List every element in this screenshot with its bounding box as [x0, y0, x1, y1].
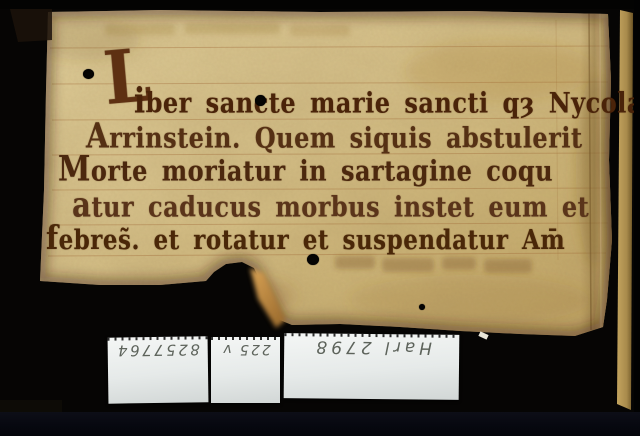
mount-strip-bottom	[0, 412, 640, 436]
worm-hole	[83, 69, 94, 79]
pencil-number: 8257764	[115, 340, 200, 359]
perforated-edge	[211, 337, 280, 340]
parchment-sliver	[617, 10, 633, 410]
slide-photo: L iber sancte marie sancti qȝ Nycolai in…	[0, 0, 640, 436]
mount-strip-top	[0, 0, 640, 9]
shelfmark-label-negative-number: 8257764	[108, 336, 209, 403]
shelfmark-label-harley: Harl 2798	[284, 333, 460, 400]
worm-hole	[419, 304, 425, 310]
mount-edge-right	[634, 0, 640, 436]
corner-shadow	[10, 9, 52, 42]
shelfmark-label-folio: 225 v	[211, 337, 280, 403]
pencil-folio: 225 v	[221, 341, 270, 357]
worm-hole	[255, 95, 266, 106]
worm-hole	[307, 254, 319, 265]
pencil-shelfmark: Harl 2798	[312, 336, 432, 357]
